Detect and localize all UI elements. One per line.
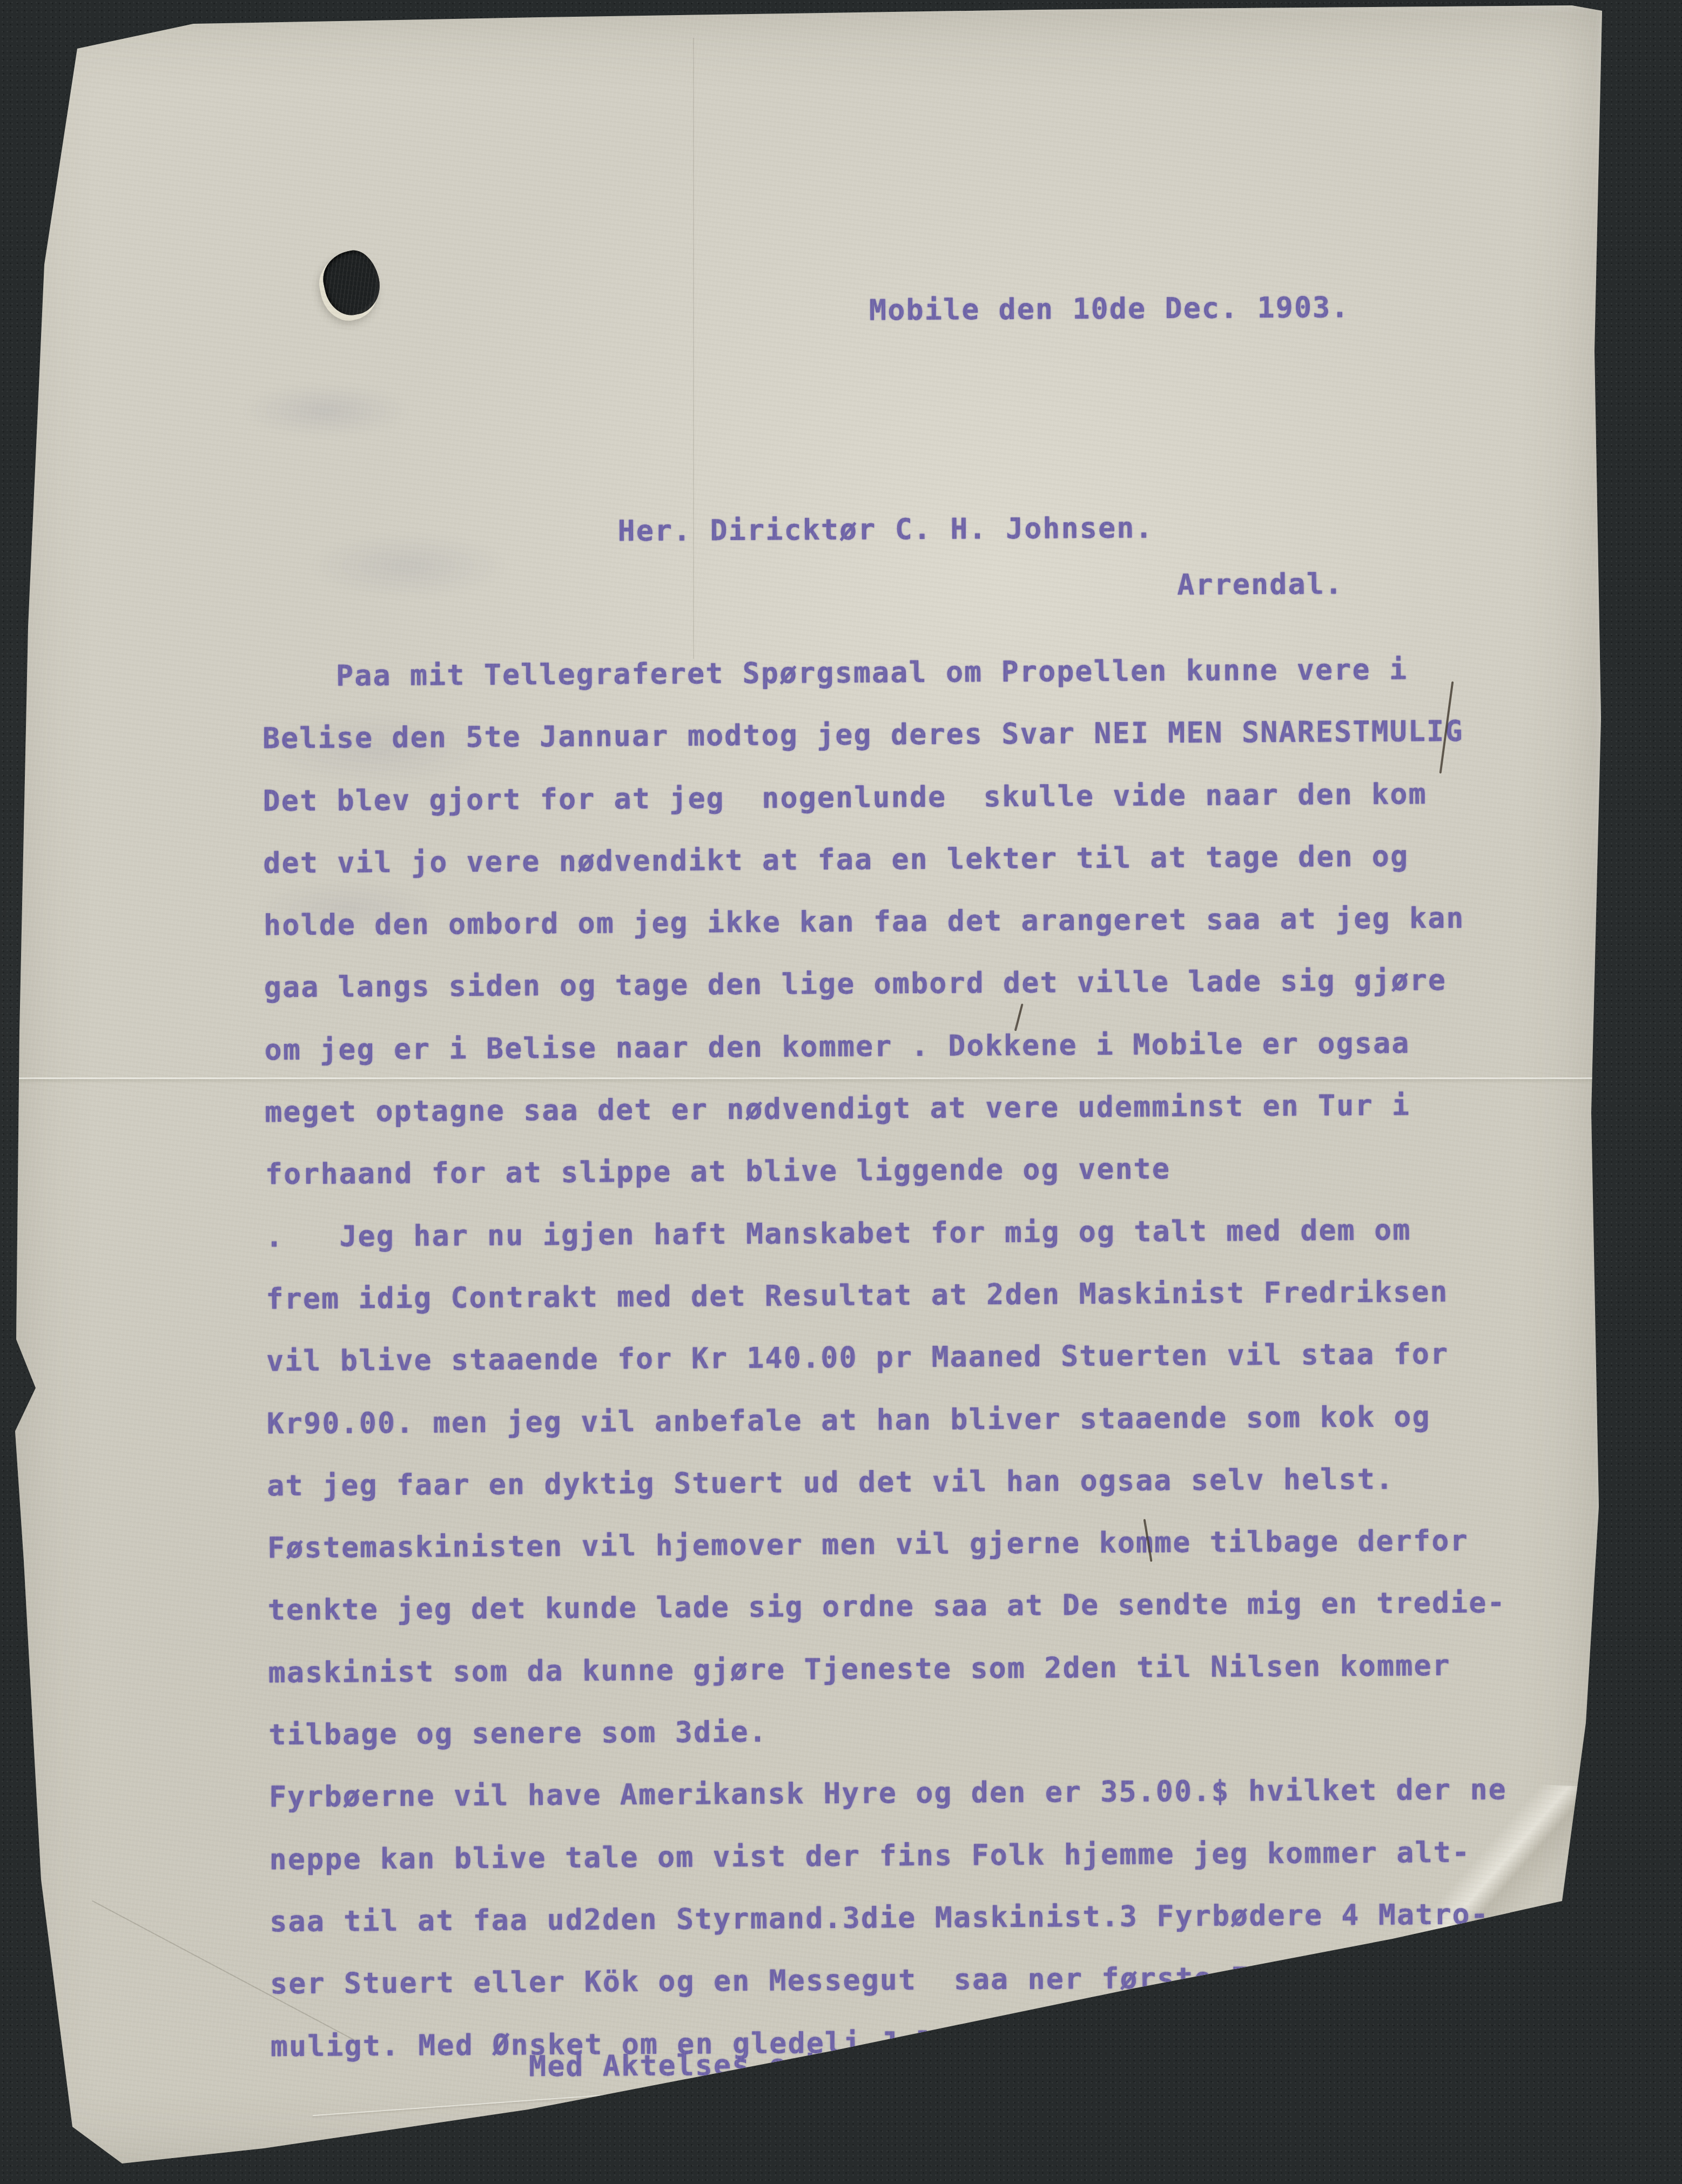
typed-line: meget optagne saa det er nødvendigt at v… [265, 1074, 1503, 1143]
typed-line: Det blev gjort for at jeg nogenlunde sku… [263, 763, 1501, 832]
pen-slash-mark [1439, 681, 1454, 773]
typed-line: forhaand for at slippe at blive liggende… [265, 1136, 1504, 1206]
scanned-letter-page: { "colors": { "backdrop": "#272b2c", "pa… [0, 0, 1682, 2184]
typed-line: at jeg faar en dyktig Stuert ud det vil … [267, 1447, 1505, 1517]
place-line: Arrendal. [1177, 553, 1344, 616]
typed-line: gaa langs siden og tage den lige ombord … [264, 949, 1503, 1019]
typed-line: neppe kan blive tale om vist der fins Fo… [269, 1821, 1508, 1891]
paper-hole [318, 246, 385, 320]
vertical-crease [693, 38, 694, 659]
typed-line: Fyrbøerne vil have Amerikansk Hyre og de… [269, 1759, 1508, 1829]
ink-bleedthrough [172, 329, 685, 1005]
typed-line: saa til at faa ud2den Styrmand.3die Mask… [270, 1883, 1508, 1953]
letter-sheet: Mobile den 10de Dec. 1903. Her. Diricktø… [10, 5, 1603, 2174]
typed-line: frem idig Contrakt med det Resultat at 2… [266, 1260, 1504, 1330]
typed-line: Kr90.00. men jeg vil anbefale at han bli… [266, 1385, 1505, 1455]
typed-line: holde den ombord om jeg ikke kan faa det… [264, 887, 1502, 956]
horizontal-crease [10, 1077, 1603, 1079]
typed-line: vil blive staaende for Kr 140.00 pr Maan… [266, 1323, 1505, 1393]
typed-line: det vil jo vere nødvendikt at faa en lek… [263, 825, 1502, 894]
typed-line: maskinist som da kunne gjøre Tjeneste so… [268, 1634, 1506, 1704]
typed-line: . Jeg har nu igjen haft Manskabet for mi… [265, 1198, 1504, 1268]
typed-line: Føstemaskinisten vil hjemover men vil gj… [267, 1509, 1506, 1579]
dateline: Mobile den 10de Dec. 1903. [869, 277, 1350, 342]
letter-body: Paa mit Tellegraferet Spørgsmaal om Prop… [262, 638, 1509, 2078]
typed-line: Paa mit Tellegraferet Spørgsmaal om Prop… [262, 638, 1501, 707]
recipient-line: Her. Diricktør C. H. Johnsen. [617, 497, 1154, 562]
typed-line: tenkte jeg det kunde lade sig ordne saa … [268, 1572, 1506, 1642]
typed-line: tilbage og senere som 3die. [268, 1696, 1507, 1766]
pen-mark [1014, 1003, 1024, 1031]
bottom-left-crease [92, 1900, 359, 2044]
pen-mark [1143, 1519, 1153, 1562]
typed-line: Belise den 5te Jannuar modtog jeg deres … [263, 700, 1501, 770]
letter-content: Mobile den 10de Dec. 1903. Her. Diricktø… [3, 1, 1610, 2179]
typed-line: om jeg er i Belise naar den kommer . Dok… [264, 1012, 1503, 1081]
